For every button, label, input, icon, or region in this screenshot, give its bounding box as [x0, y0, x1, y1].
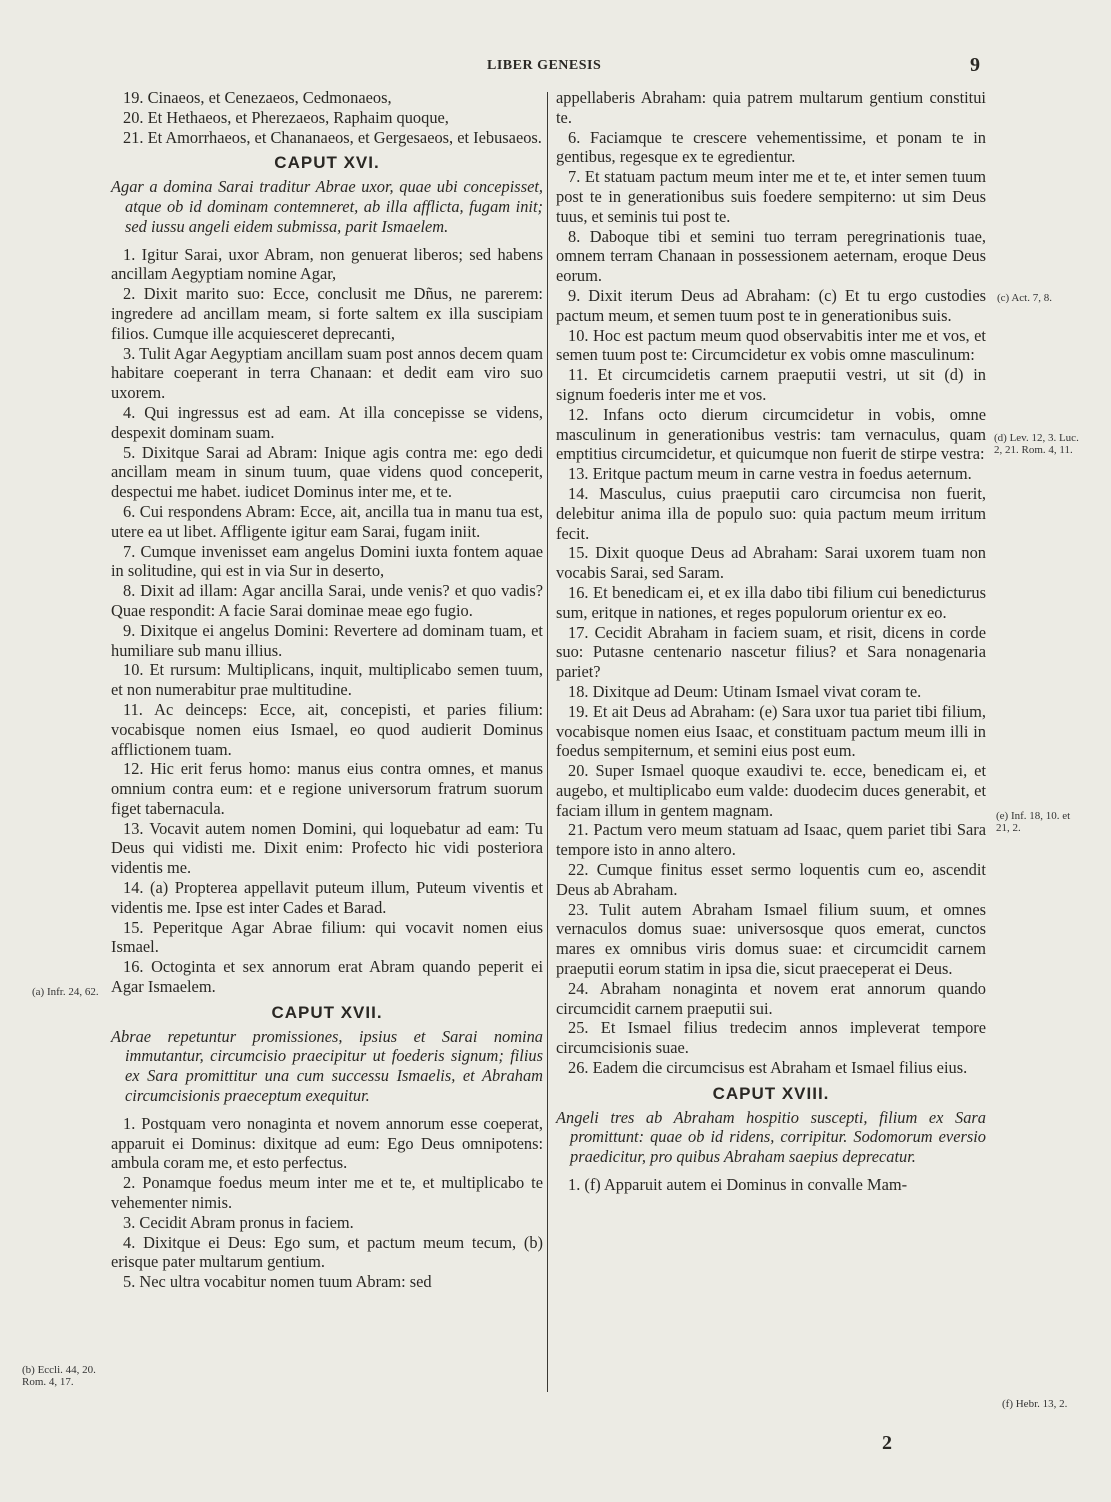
- verse: 21. Pactum vero meum statuam ad Isaac, q…: [556, 820, 986, 860]
- verse: 25. Et Ismael filius tredecim annos impl…: [556, 1018, 986, 1058]
- marginal-note-e: (e) Inf. 18, 10. et 21, 2.: [996, 810, 1086, 834]
- verse: 5. Nec ultra vocabitur nomen tuum Abram:…: [111, 1272, 543, 1292]
- chapter-heading-18: CAPUT XVIII.: [556, 1084, 986, 1104]
- verse: 9. Dixitque ei angelus Domini: Revertere…: [111, 621, 543, 661]
- verse: 23. Tulit autem Abraham Ismael filium su…: [556, 900, 986, 979]
- verse: 14. (a) Propterea appellavit puteum illu…: [111, 878, 543, 918]
- verse: 12. Infans octo dierum circumcidetur in …: [556, 405, 986, 464]
- verse: 6. Cui respondens Abram: Ecce, ait, anci…: [111, 502, 543, 542]
- verse: 20. Et Hethaeos, et Pherezaeos, Raphaim …: [111, 108, 543, 128]
- verse: 19. Cinaeos, et Cenezaeos, Cedmonaeos,: [111, 88, 543, 108]
- chapter-heading-17: CAPUT XVII.: [111, 1003, 543, 1023]
- verse: 1. Postquam vero nonaginta et novem anno…: [111, 1114, 543, 1173]
- verse: 2. Ponamque foedus meum inter me et te, …: [111, 1173, 543, 1213]
- chapter-summary-16: Agar a domina Sarai traditur Abrae uxor,…: [111, 177, 543, 236]
- verse: 19. Et ait Deus ad Abraham: (e) Sara uxo…: [556, 702, 986, 761]
- verse: 4. Qui ingressus est ad eam. At illa con…: [111, 403, 543, 443]
- verse: 7. Et statuam pactum meum inter me et te…: [556, 167, 986, 226]
- marginal-note-f: (f) Hebr. 13, 2.: [1002, 1398, 1072, 1410]
- verse: 4. Dixitque ei Deus: Ego sum, et pactum …: [111, 1233, 543, 1273]
- verse: 13. Eritque pactum meum in carne vestra …: [556, 464, 986, 484]
- verse: 14. Masculus, cuius praeputii caro circu…: [556, 484, 986, 543]
- verse: 6. Faciamque te crescere vehementissime,…: [556, 128, 986, 168]
- verse: 8. Daboque tibi et semini tuo terram per…: [556, 227, 986, 286]
- verse: 2. Dixit marito suo: Ecce, conclusit me …: [111, 284, 543, 343]
- verse: 24. Abraham nonaginta et novem erat anno…: [556, 979, 986, 1019]
- verse: 16. Et benedicam ei, et ex illa dabo tib…: [556, 583, 986, 623]
- verse: 11. Ac deinceps: Ecce, ait, concepisti, …: [111, 700, 543, 759]
- page-number: 9: [970, 54, 980, 77]
- verse: 13. Vocavit autem nomen Domini, qui loqu…: [111, 819, 543, 878]
- verse: 1. (f) Apparuit autem ei Dominus in conv…: [556, 1175, 986, 1195]
- verse: 8. Dixit ad illam: Agar ancilla Sarai, u…: [111, 581, 543, 621]
- left-column: 19. Cinaeos, et Cenezaeos, Cedmonaeos, 2…: [111, 88, 543, 1292]
- verse: 11. Et circumcidetis carnem praeputii ve…: [556, 365, 986, 405]
- verse-continuation: appellaberis Abraham: quia patrem multar…: [556, 88, 986, 128]
- chapter-summary-18: Angeli tres ab Abraham hospitio suscepti…: [556, 1108, 986, 1167]
- chapter-heading-16: CAPUT XVI.: [111, 153, 543, 173]
- marginal-note-a: (a) Infr. 24, 62.: [32, 986, 102, 998]
- column-divider: [547, 92, 548, 1392]
- verse: 15. Peperitque Agar Abrae filium: qui vo…: [111, 918, 543, 958]
- verse: 16. Octoginta et sex annorum erat Abram …: [111, 957, 543, 997]
- marginal-note-c: (c) Act. 7, 8.: [997, 292, 1097, 304]
- verse: 20. Super Ismael quoque exaudivi te. ecc…: [556, 761, 986, 820]
- verse: 1. Igitur Sarai, uxor Abram, non genuera…: [111, 245, 543, 285]
- marginal-note-b: (b) Eccli. 44, 20. Rom. 4, 17.: [22, 1364, 102, 1388]
- verse: 9. Dixit iterum Deus ad Abraham: (c) Et …: [556, 286, 986, 326]
- verse: 12. Hic erit ferus homo: manus eius cont…: [111, 759, 543, 818]
- running-title: LIBER GENESIS: [487, 58, 601, 74]
- book-page: LIBER GENESIS 9 19. Cinaeos, et Cenezaeo…: [0, 0, 1111, 1502]
- verse: 10. Hoc est pactum meum quod observabiti…: [556, 326, 986, 366]
- right-column: appellaberis Abraham: quia patrem multar…: [556, 88, 986, 1195]
- verse: 15. Dixit quoque Deus ad Abraham: Sarai …: [556, 543, 986, 583]
- verse: 18. Dixitque ad Deum: Utinam Ismael viva…: [556, 682, 986, 702]
- verse: 5. Dixitque Sarai ad Abram: Inique agis …: [111, 443, 543, 502]
- verse: 26. Eadem die circumcisus est Abraham et…: [556, 1058, 986, 1078]
- verse: 3. Tulit Agar Aegyptiam ancillam suam po…: [111, 344, 543, 403]
- verse: 21. Et Amorrhaeos, et Chananaeos, et Ger…: [111, 128, 543, 148]
- chapter-summary-17: Abrae repetuntur promissiones, ipsius et…: [111, 1027, 543, 1106]
- marginal-note-d: (d) Lev. 12, 3. Luc. 2, 21. Rom. 4, 11.: [994, 432, 1084, 456]
- verse: 17. Cecidit Abraham in faciem suam, et r…: [556, 623, 986, 682]
- signature-mark: 2: [882, 1432, 892, 1455]
- verse: 22. Cumque finitus esset sermo loquentis…: [556, 860, 986, 900]
- verse: 7. Cumque invenisset eam angelus Domini …: [111, 542, 543, 582]
- verse: 3. Cecidit Abram pronus in faciem.: [111, 1213, 543, 1233]
- verse: 10. Et rursum: Multiplicans, inquit, mul…: [111, 660, 543, 700]
